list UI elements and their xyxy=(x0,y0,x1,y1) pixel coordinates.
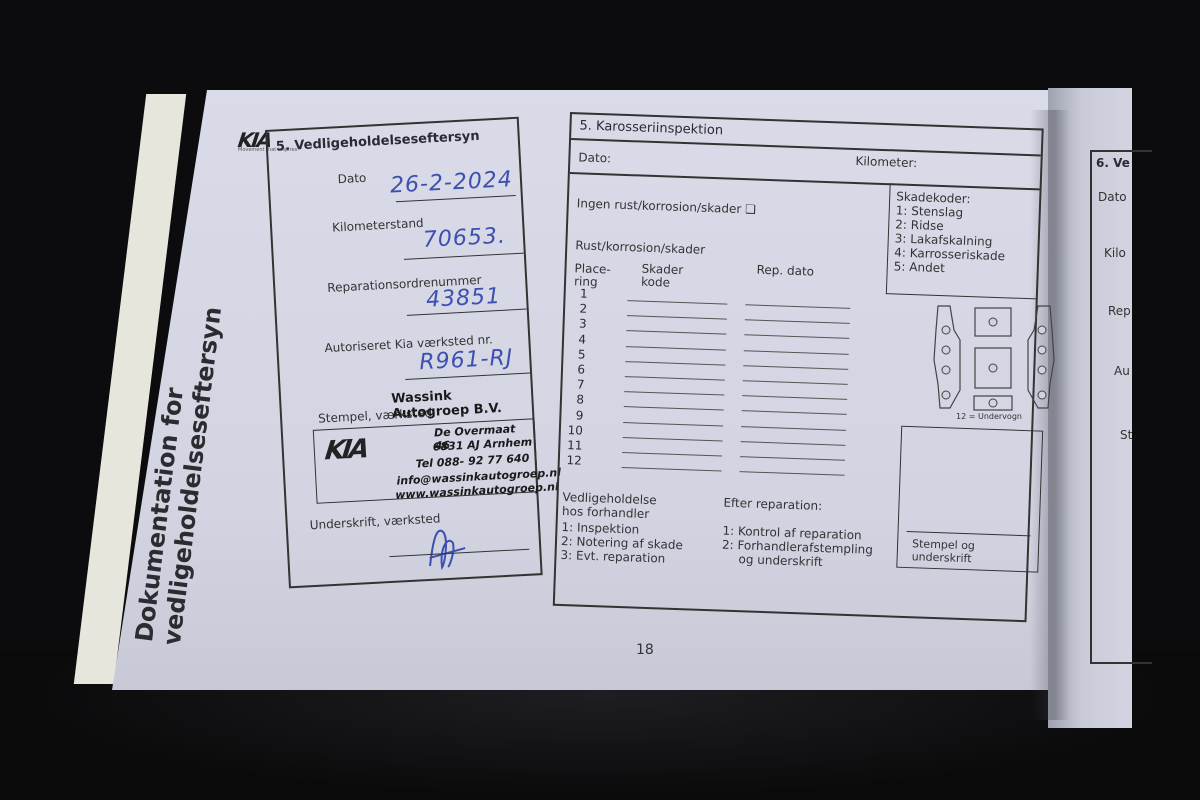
damage-code-field[interactable] xyxy=(622,467,722,471)
after-repair-title: Efter reparation: xyxy=(723,496,822,513)
next-form: 6. Ve Dato Kilo Rep Au St xyxy=(1090,150,1152,664)
repair-date-field[interactable] xyxy=(742,411,847,416)
repair-date-field[interactable] xyxy=(742,395,847,400)
damage-code-field[interactable] xyxy=(623,437,723,441)
damage-code-field[interactable] xyxy=(625,361,725,365)
divider xyxy=(571,138,1041,156)
next-form-label: Kilo xyxy=(1104,246,1126,260)
repair-order-value[interactable]: 43851 xyxy=(425,284,501,313)
next-form-label: Rep xyxy=(1108,304,1131,318)
row-number: 6 xyxy=(569,362,585,377)
repair-date-field[interactable] xyxy=(744,350,849,355)
km-label: Kilometerstand xyxy=(332,216,424,235)
stamp-box: KIA De Overmaat 46 6831 AJ Arnhem Tel 08… xyxy=(313,418,539,504)
damage-code-field[interactable] xyxy=(622,452,722,456)
damage-label: Rust/korrosion/skader xyxy=(575,238,705,257)
stamp-kia-logo: KIA xyxy=(320,434,370,467)
inspection-km-label: Kilometer: xyxy=(855,154,917,170)
page-number: 18 xyxy=(636,642,654,658)
row-number: 9 xyxy=(567,408,583,423)
next-form-label: Dato xyxy=(1098,190,1127,204)
repair-date-field[interactable] xyxy=(740,471,845,476)
repair-date-field[interactable] xyxy=(743,365,848,370)
row-number: 4 xyxy=(570,332,586,347)
repair-date-field[interactable] xyxy=(741,441,846,446)
car-underbody-diagram-icon: 12 = Undervogn xyxy=(930,300,1060,420)
repair-date-field[interactable] xyxy=(745,319,850,324)
damage-code-field[interactable] xyxy=(626,330,726,334)
form-title: 5. Vedligeholdelseseftersyn xyxy=(276,129,480,155)
diagram-caption: 12 = Undervogn xyxy=(956,412,1022,421)
date-label: Dato xyxy=(337,171,366,186)
maintenance-item: 3: Evt. reparation xyxy=(560,548,665,566)
damage-code-field[interactable] xyxy=(626,346,726,350)
workshop-no-value[interactable]: R961-RJ xyxy=(419,345,514,375)
repair-date-field[interactable] xyxy=(745,304,850,309)
stamp-signature-line xyxy=(907,531,1031,536)
row-number: 8 xyxy=(568,392,584,407)
damage-code: 5: Andet xyxy=(894,259,945,275)
col-repair-date: Rep. dato xyxy=(756,263,814,279)
maintenance-title: Vedligeholdelse hos forhandler xyxy=(562,490,657,521)
row-number: 3 xyxy=(570,317,586,332)
damage-codes-box: Skadekoder: 1: Stenslag 2: Ridse 3: Laka… xyxy=(886,183,1041,299)
stamp-company: Wassink Autogroep B.V. xyxy=(391,384,532,421)
row-number: 5 xyxy=(569,347,585,362)
repair-date-field[interactable] xyxy=(744,335,849,340)
damage-code-field[interactable] xyxy=(623,422,723,426)
row-number: 2 xyxy=(571,301,587,316)
maintenance-form: 5. Vedligeholdelseseftersyn Dato 26-2-20… xyxy=(265,117,543,589)
row-number: 7 xyxy=(568,377,584,392)
repair-date-field[interactable] xyxy=(741,426,846,431)
no-damage-checkbox[interactable]: Ingen rust/korrosion/skader ❑ xyxy=(577,196,757,216)
date-value[interactable]: 26-2-2024 xyxy=(389,167,513,198)
km-value[interactable]: 70653. xyxy=(422,224,506,253)
stamp-signature-box: Stempel og underskrift xyxy=(896,426,1043,573)
damage-code-field[interactable] xyxy=(627,315,727,319)
repair-date-field[interactable] xyxy=(743,380,848,385)
stamp-signature-label: Stempel og underskrift xyxy=(911,537,1038,567)
row-number: 10 xyxy=(567,423,583,438)
inspection-title: 5. Karosseriinspektion xyxy=(579,118,723,138)
after-repair-item: og underskrift xyxy=(738,552,823,569)
repair-date-field[interactable] xyxy=(740,456,845,461)
inspection-date-label: Dato: xyxy=(578,150,611,165)
damage-code-field[interactable] xyxy=(624,391,724,395)
row-number: 11 xyxy=(566,438,582,453)
next-form-label: Au xyxy=(1114,364,1130,378)
col-damage-code: Skader kode xyxy=(641,263,684,290)
km-line xyxy=(404,253,524,260)
row-number: 12 xyxy=(566,453,582,468)
damage-code-field[interactable] xyxy=(627,300,727,304)
next-form-label: St xyxy=(1120,428,1132,442)
next-form-title: 6. Ve xyxy=(1096,156,1130,170)
row-number: 1 xyxy=(571,286,587,301)
damage-code-field[interactable] xyxy=(625,376,725,380)
damage-code-field[interactable] xyxy=(624,406,724,410)
signature-icon xyxy=(418,520,471,573)
col-placement: Place- ring xyxy=(574,262,611,289)
